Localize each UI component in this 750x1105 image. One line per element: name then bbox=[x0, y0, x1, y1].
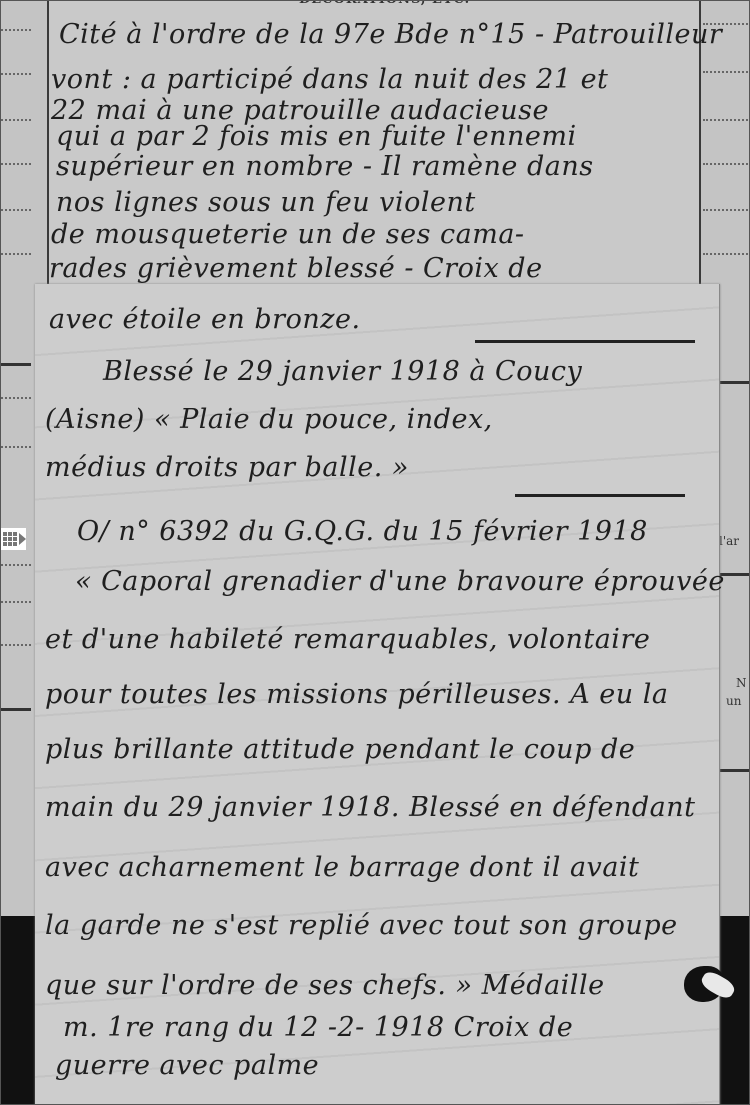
handwritten-line: O/ n° 6392 du G.Q.G. du 15 février 1918 bbox=[77, 516, 648, 547]
handwritten-line: plus brillante attitude pendant le coup … bbox=[45, 734, 635, 765]
scan-border bbox=[1, 916, 39, 1105]
handwritten-line: pour toutes les missions périlleuses. A … bbox=[45, 679, 668, 710]
handwritten-line: que sur l'ordre de ses chefs. » Médaille bbox=[45, 970, 605, 1001]
handwritten-line: Cité à l'ordre de la 97e Bde n°15 - Patr… bbox=[59, 19, 722, 50]
handwritten-line: main du 29 janvier 1918. Blessé en défen… bbox=[45, 792, 696, 823]
handwritten-line: supérieur en nombre - Il ramène dans bbox=[56, 151, 594, 182]
handwritten-line: « Caporal grenadier d'une bravoure éprou… bbox=[75, 566, 725, 597]
handwritten-line: nos lignes sous un feu violent bbox=[56, 187, 476, 218]
handwritten-line: qui a par 2 fois mis en fuite l'ennemi bbox=[56, 121, 577, 152]
handwritten-line: m. 1re rang du 12 -2- 1918 Croix de bbox=[63, 1012, 573, 1043]
handwritten-line: et d'une habileté remarquables, volontai… bbox=[45, 624, 650, 655]
margin-note: N bbox=[736, 676, 747, 690]
handwritten-line: vont : a participé dans la nuit des 21 e… bbox=[51, 64, 608, 95]
handwritten-line: médius droits par balle. » bbox=[45, 452, 409, 483]
thumbnail-panel-toggle[interactable] bbox=[1, 528, 26, 550]
document-viewer: DÉCORATIONS, ETC. l'ar N un Cité à l'ord… bbox=[0, 0, 750, 1105]
printed-header: DÉCORATIONS, ETC. bbox=[299, 0, 470, 7]
handwritten-line: avec étoile en bronze. bbox=[49, 304, 361, 335]
margin-note: un bbox=[726, 694, 741, 708]
handwritten-line: de mousqueterie un de ses cama- bbox=[51, 219, 525, 250]
handwritten-line: rades grièvement blessé - Croix de bbox=[49, 253, 543, 284]
handwritten-line: avec acharnement le barrage dont il avai… bbox=[45, 852, 639, 883]
pasted-note-slip: avec étoile en bronze. Blessé le 29 janv… bbox=[35, 284, 720, 1105]
handwritten-line: (Aisne) « Plaie du pouce, index, bbox=[45, 404, 493, 435]
grid-icon bbox=[3, 532, 17, 546]
arrow-right-icon bbox=[19, 533, 26, 545]
handwritten-line: Blessé le 29 janvier 1918 à Coucy bbox=[103, 356, 582, 387]
handwritten-line: la garde ne s'est replié avec tout son g… bbox=[45, 910, 678, 941]
scan-border bbox=[719, 916, 750, 1105]
handwritten-line: guerre avec palme bbox=[55, 1050, 319, 1081]
margin-note: l'ar bbox=[719, 534, 739, 548]
